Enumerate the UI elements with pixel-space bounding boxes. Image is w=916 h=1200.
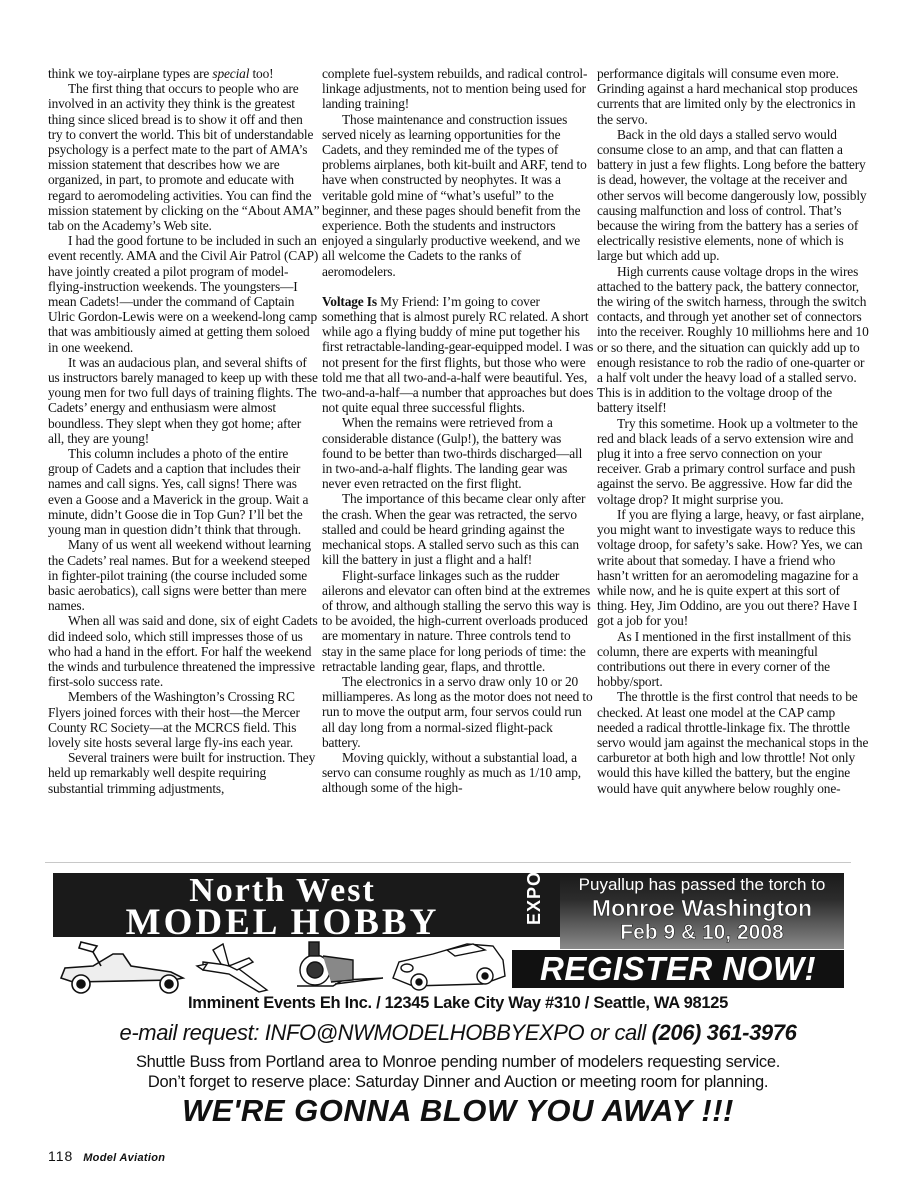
phone-number: (206) 361-3976 <box>652 1020 797 1045</box>
paragraph: If you are flying a large, heavy, or fas… <box>597 507 869 629</box>
shuttle-info: Shuttle Buss from Portland area to Monro… <box>0 1052 916 1092</box>
paragraph: The electronics in a servo draw only 10 … <box>322 674 594 750</box>
expo-vertical-label: EXPO! <box>512 873 560 937</box>
paragraph: When all was said and done, six of eight… <box>48 613 320 689</box>
paragraph: I had the good fortune to be included in… <box>48 233 320 355</box>
paragraph: think we toy-airplane types are special … <box>48 66 320 81</box>
magazine-name: Model Aviation <box>83 1152 165 1164</box>
expo-title-banner: North West MODEL HOBBY <box>53 873 512 937</box>
shuttle-line-1: Shuttle Buss from Portland area to Monro… <box>0 1052 916 1072</box>
subhead-bold: Voltage Is <box>322 294 377 309</box>
paragraph: Members of the Washington’s Crossing RC … <box>48 689 320 750</box>
torch-line: Puyallup has passed the torch to <box>560 873 844 895</box>
paragraph: Those maintenance and construction issue… <box>322 112 594 279</box>
paragraph: performance digitals will consume even m… <box>597 66 869 127</box>
paragraph-body: I’m going to cover something that is alm… <box>322 294 593 415</box>
organizer-address: Imminent Events Eh Inc. / 12345 Lake Cit… <box>0 994 916 1013</box>
contact-line: e-mail request: INFO@NWMODELHOBBYEXPO or… <box>0 1020 916 1046</box>
paragraph: Flight-surface linkages such as the rudd… <box>322 568 594 674</box>
paragraph: Back in the old days a stalled servo wou… <box>597 127 869 264</box>
article-column-1: think we toy-airplane types are special … <box>48 66 320 796</box>
page-folio: 118 Model Aviation <box>48 1148 165 1164</box>
paragraph: Try this sometime. Hook up a voltmeter t… <box>597 416 869 507</box>
location-panel: Puyallup has passed the torch to Monroe … <box>560 873 844 949</box>
article-column-2: complete fuel-system rebuilds, and radic… <box>322 66 594 796</box>
subhead-rest: My Friend: <box>380 294 439 309</box>
ad-divider <box>45 862 851 863</box>
paragraph: Several trainers were built for instruct… <box>48 750 320 796</box>
ad-tagline: WE'RE GONNA BLOW YOU AWAY !!! <box>0 1093 916 1129</box>
paragraph: As I mentioned in the first installment … <box>597 629 869 690</box>
fighter-jet-icon <box>197 944 267 992</box>
paragraph: It was an audacious plan, and several sh… <box>48 355 320 446</box>
paragraph: The first thing that occurs to people wh… <box>48 81 320 233</box>
article-column-3: performance digitals will consume even m… <box>597 66 869 796</box>
banner-line-2: MODEL HOBBY <box>53 906 512 940</box>
steam-locomotive-icon <box>297 942 383 986</box>
paragraph: The importance of this became clear only… <box>322 491 594 567</box>
dates: Feb 9 & 10, 2008 <box>560 921 844 945</box>
page-number: 118 <box>48 1148 73 1164</box>
paragraph: This column includes a photo of the enti… <box>48 446 320 537</box>
dune-buggy-icon <box>61 942 183 993</box>
paragraph: When the remains were retrieved from a c… <box>322 415 594 491</box>
paragraph: Many of us went all weekend without lear… <box>48 537 320 613</box>
paragraph: High currents cause voltage drops in the… <box>597 264 869 416</box>
email-request: e-mail request: INFO@NWMODELHOBBYEXPO or… <box>120 1020 652 1045</box>
sports-car-icon <box>393 944 505 990</box>
location: Monroe Washington <box>560 895 844 921</box>
register-now-banner: REGISTER NOW! <box>512 950 844 988</box>
paragraph: Moving quickly, without a substantial lo… <box>322 750 594 796</box>
paragraph: complete fuel-system rebuilds, and radic… <box>322 66 594 112</box>
hobby-illustrations <box>53 940 508 994</box>
paragraph: The throttle is the first control that n… <box>597 689 869 795</box>
subhead-paragraph: Voltage Is My Friend: I’m going to cover… <box>322 294 594 416</box>
expo-label: EXPO! <box>524 864 545 925</box>
shuttle-line-2: Don’t forget to reserve place: Saturday … <box>0 1072 916 1092</box>
